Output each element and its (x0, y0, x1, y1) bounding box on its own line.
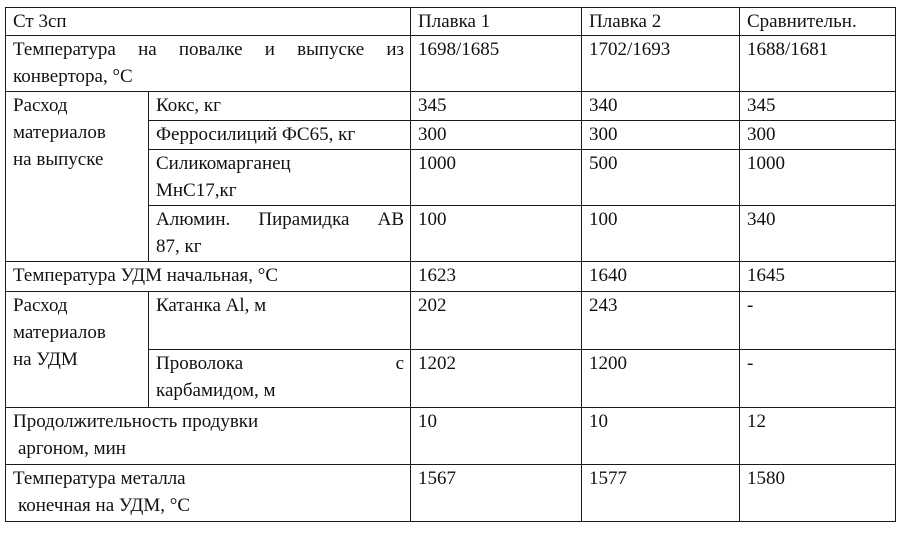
cell-value: 100 (411, 206, 582, 262)
item-label-line: 87, кг (156, 233, 410, 260)
cell-value: 202 (411, 292, 582, 350)
row-label-line: конечная на УДМ, °С (13, 492, 410, 519)
group-label-line: Расход (13, 92, 148, 119)
table-row: Расход материалов на УДМ Катанка Al, м 2… (6, 292, 896, 350)
item-label-aluminium-pyramid: Алюмин. Пирамидка АВ 87, кг (149, 206, 411, 262)
row-label-final-metal-temperature: Температура металла конечная на УДМ, °С (6, 465, 411, 522)
cell-value: 1567 (411, 465, 582, 522)
group-label-line: материалов (13, 119, 148, 146)
cell-value: 1202 (411, 350, 582, 408)
cell-value: 1580 (740, 465, 896, 522)
cell-value: 1698/1685 (411, 36, 582, 92)
table-row: Температура металла конечная на УДМ, °С … (6, 465, 896, 522)
item-label-carbamide-wire: Проволока с карбамидом, м (149, 350, 411, 408)
row-label-line: Продолжительность продувки (13, 408, 410, 435)
cell-value: - (740, 292, 896, 350)
table-row: Температура УДМ начальная, °С 1623 1640 … (6, 262, 896, 292)
header-melt-1: Плавка 1 (411, 8, 582, 36)
table-header-row: Ст 3сп Плавка 1 Плавка 2 Сравнительн. (6, 8, 896, 36)
cell-value: 1000 (411, 150, 582, 206)
header-comparative: Сравнительн. (740, 8, 896, 36)
cell-value: 1577 (582, 465, 740, 522)
item-label-line: МнС17,кг (156, 177, 410, 204)
group-label-ldf-materials: Расход материалов на УДМ (6, 292, 149, 408)
cell-value: 340 (582, 92, 740, 121)
item-label-silicomanganese: Силикомарганец МнС17,кг (149, 150, 411, 206)
group-label-tap-materials: Расход материалов на выпуске (6, 92, 149, 262)
cell-value: 300 (411, 121, 582, 150)
cell-value: 1688/1681 (740, 36, 896, 92)
cell-value: 100 (582, 206, 740, 262)
header-melt-2: Плавка 2 (582, 8, 740, 36)
cell-value: 500 (582, 150, 740, 206)
cell-value: 1645 (740, 262, 896, 292)
cell-value: 300 (740, 121, 896, 150)
melt-comparison-table: Ст 3сп Плавка 1 Плавка 2 Сравнительн. Те… (5, 7, 896, 522)
cell-value: 1200 (582, 350, 740, 408)
row-label-line-1: Температура на повалке и выпуске из (13, 36, 410, 63)
table-row: Расход материалов на выпуске Кокс, кг 34… (6, 92, 896, 121)
row-label-line: аргоном, мин (13, 435, 410, 462)
cell-value: 1702/1693 (582, 36, 740, 92)
cell-value: - (740, 350, 896, 408)
cell-value: 345 (411, 92, 582, 121)
item-label-al-wire-rod: Катанка Al, м (149, 292, 411, 350)
row-label-line-2: конвертора, °С (13, 63, 410, 90)
table-row: Температура на повалке и выпуске из конв… (6, 36, 896, 92)
cell-value: 340 (740, 206, 896, 262)
item-label-line: карбамидом, м (156, 377, 410, 404)
group-label-line: на УДМ (13, 346, 148, 373)
cell-value: 300 (582, 121, 740, 150)
cell-value: 243 (582, 292, 740, 350)
cell-value: 345 (740, 92, 896, 121)
cell-value: 1623 (411, 262, 582, 292)
row-label-argon-blowing-duration: Продолжительность продувки аргоном, мин (6, 408, 411, 465)
item-label-line: Силикомарганец (156, 150, 410, 177)
group-label-line: на выпуске (13, 146, 148, 173)
item-label-line: Проволока с (156, 350, 410, 377)
cell-value: 10 (411, 408, 582, 465)
item-label-coke: Кокс, кг (149, 92, 411, 121)
item-label-word: Проволока (156, 350, 243, 377)
group-label-line: Расход (13, 292, 148, 319)
item-label-word: с (396, 350, 404, 377)
item-label-ferrosilicon: Ферросилиций ФС65, кг (149, 121, 411, 150)
item-label-line: Алюмин. Пирамидка АВ (156, 206, 410, 233)
cell-value: 1640 (582, 262, 740, 292)
cell-value: 10 (582, 408, 740, 465)
row-label-line: Температура металла (13, 465, 410, 492)
row-label-tap-temperature: Температура на повалке и выпуске из конв… (6, 36, 411, 92)
header-steel-grade: Ст 3сп (6, 8, 411, 36)
row-label-ldf-initial-temperature: Температура УДМ начальная, °С (6, 262, 411, 292)
table-row: Продолжительность продувки аргоном, мин … (6, 408, 896, 465)
cell-value: 12 (740, 408, 896, 465)
cell-value: 1000 (740, 150, 896, 206)
group-label-line: материалов (13, 319, 148, 346)
